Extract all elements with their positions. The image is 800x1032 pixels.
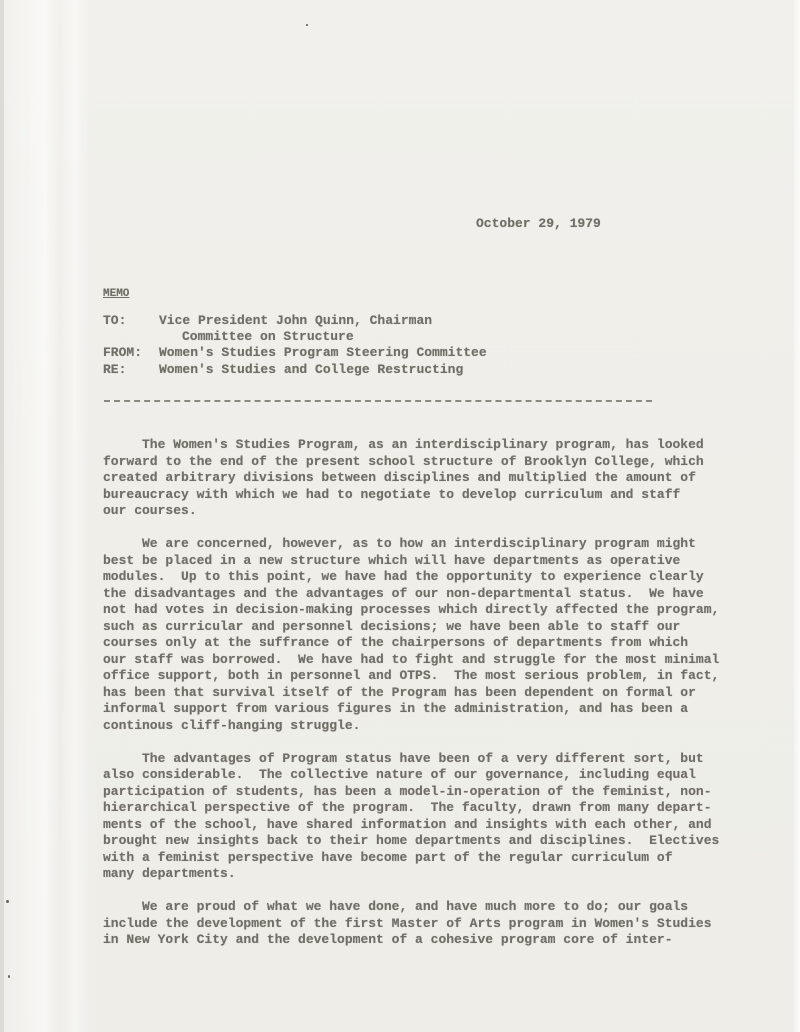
- page-left-edge: [0, 0, 4, 1032]
- to-recipient-committee: Committee on Structure: [182, 329, 354, 346]
- body-paragraph: The advantages of Program status have be…: [103, 751, 763, 883]
- paper-speck: [306, 24, 308, 26]
- to-recipient: Vice President John Quinn, Chairman: [159, 313, 432, 330]
- body-paragraph: We are concerned, however, as to how an …: [103, 536, 763, 734]
- page-right-edge: [794, 0, 800, 1032]
- body-paragraph: The Women's Studies Program, as an inter…: [103, 437, 763, 520]
- re-label: RE:: [103, 362, 126, 379]
- paper-speck: [8, 975, 10, 978]
- body-paragraph: We are proud of what we have done, and h…: [103, 899, 763, 949]
- re-subject: Women's Studies and College Restructing: [159, 362, 463, 379]
- memo-date: October 29, 1979: [476, 216, 601, 233]
- dashed-divider: [104, 400, 652, 402]
- to-label: TO:: [103, 313, 126, 330]
- memo-body: The Women's Studies Program, as an inter…: [103, 437, 763, 965]
- from-label: FROM:: [103, 345, 142, 362]
- from-sender: Women's Studies Program Steering Committ…: [159, 345, 487, 362]
- paper-speck: [6, 900, 9, 903]
- memo-label: MEMO: [103, 286, 129, 303]
